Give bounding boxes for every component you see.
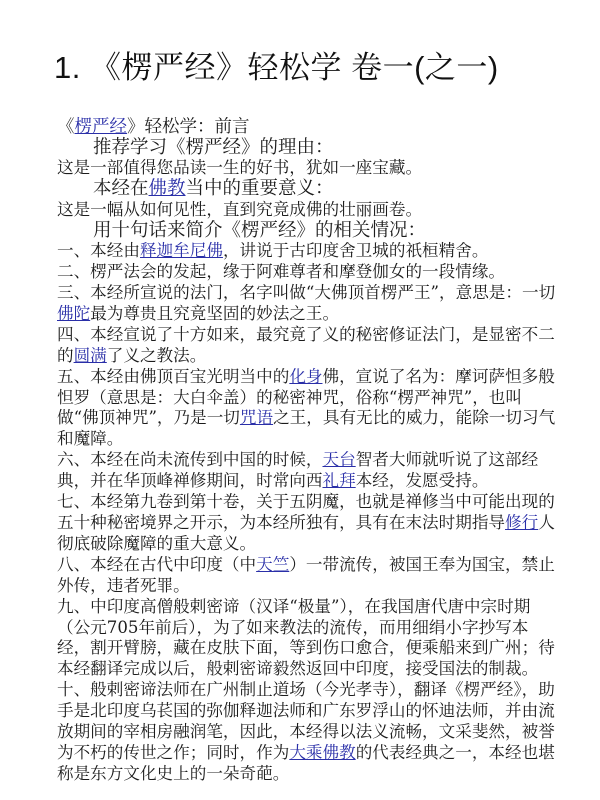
point-1-after: ，讲说于古印度舍卫城的祇桓精舍。	[223, 241, 489, 260]
point-10: 十、般剌密谛法师在广州制止道场（今光孝寺），翻译《楞严经》，助手是北印度乌苌国的…	[57, 680, 557, 785]
point-4: 四、本经宣说了十方如来，最究竟了义的秘密修证法门，是显密不二的圆满了义之教法。	[57, 325, 557, 367]
heading2-after: 当中的重要意义：	[186, 178, 334, 199]
link-lengyanjing[interactable]: 楞严经	[75, 117, 128, 137]
point-6-after: 本经，发愿受持。	[356, 471, 489, 490]
point-2: 二、楞严法会的发起，缘于阿难尊者和摩登伽女的一段情缘。	[57, 262, 557, 283]
point-4-after: 了义之教法。	[107, 346, 207, 365]
link-tiantai[interactable]: 天台	[323, 450, 356, 469]
preface-open: 《	[57, 117, 75, 137]
link-xiuxing[interactable]: 修行	[505, 513, 538, 532]
preface-close: 》轻松学：前言	[127, 117, 250, 137]
point-8: 八、本经在古代中印度（中天竺）一带流传，被国王奉为国宝，禁止外传，违者死罪。	[57, 555, 557, 597]
point-3: 三、本经所宣说的法门，名字叫做“大佛顶首楞严王”，意思是：一切佛陀最为尊贵且究竟…	[57, 283, 557, 325]
point-9: 九、中印度高僧般剌密谛（汉译“极量”），在我国唐代唐中宗时期（公元705年前后）…	[57, 597, 557, 681]
point-1: 一、本经由释迦牟尼佛，讲说于古印度舍卫城的祇桓精舍。	[57, 241, 557, 262]
document-body: 《楞严经》轻松学：前言 推荐学习《楞严经》的理由： 这是一部值得您品读一生的好书…	[57, 117, 557, 785]
link-tianzhu[interactable]: 天竺	[256, 555, 289, 574]
point-3-before: 三、本经所宣说的法门，名字叫做“大佛顶首楞严王”，意思是：一切	[57, 283, 555, 302]
point-3-after: 最为尊贵且究竟坚固的妙法之王。	[90, 304, 339, 323]
heading-reasons: 推荐学习《楞严经》的理由：	[57, 138, 557, 159]
link-fotuo[interactable]: 佛陀	[57, 304, 90, 323]
point-6: 六、本经在尚未流传到中国的时候，天台智者大师就听说了这部经典，并在华顶峰禅修期间…	[57, 450, 557, 492]
reason-text: 这是一部值得您品读一生的好书，犹如一座宝藏。	[57, 158, 557, 179]
point-7-before: 七、本经第九卷到第十卷，关于五阴魔，也就是禅修当中可能出现的五十种秘密境界之开示…	[57, 492, 555, 532]
point-5: 五、本经由佛顶百宝光明当中的化身佛，宣说了名为：摩诃萨怛多般怛罗（意思是：大白伞…	[57, 367, 557, 451]
link-huashen[interactable]: 化身	[289, 367, 322, 386]
point-8-before: 八、本经在古代中印度（中	[57, 555, 256, 574]
heading-ten-points: 用十句话来简介《楞严经》的相关情况：	[57, 221, 557, 242]
point-7: 七、本经第九卷到第十卷，关于五阴魔，也就是禅修当中可能出现的五十种秘密境界之开示…	[57, 492, 557, 555]
heading-significance: 本经在佛教当中的重要意义：	[57, 179, 557, 200]
link-dachengfojiao[interactable]: 大乘佛教	[289, 743, 355, 762]
point-6-before: 六、本经在尚未流传到中国的时候，	[57, 450, 323, 469]
page-title: 1. 《楞严经》轻松学 卷一(之一)	[54, 46, 499, 90]
link-libai[interactable]: 礼拜	[323, 471, 356, 490]
preface-subtitle: 《楞严经》轻松学：前言	[57, 117, 557, 138]
heading2-before: 本经在	[93, 178, 149, 199]
link-zhouyu[interactable]: 咒语	[240, 408, 273, 427]
point-1-before: 一、本经由	[57, 241, 140, 260]
point-5-before: 五、本经由佛顶百宝光明当中的	[57, 367, 289, 386]
significance-text: 这是一幅从如何见性，直到究竟成佛的壮丽画卷。	[57, 200, 557, 221]
link-fojiao[interactable]: 佛教	[149, 178, 186, 199]
document-page: 1. 《楞严经》轻松学 卷一(之一) 《楞严经》轻松学：前言 推荐学习《楞严经》…	[0, 0, 600, 800]
link-yuanman[interactable]: 圆满	[74, 346, 107, 365]
link-shijiamounifo[interactable]: 释迦牟尼佛	[140, 241, 223, 260]
